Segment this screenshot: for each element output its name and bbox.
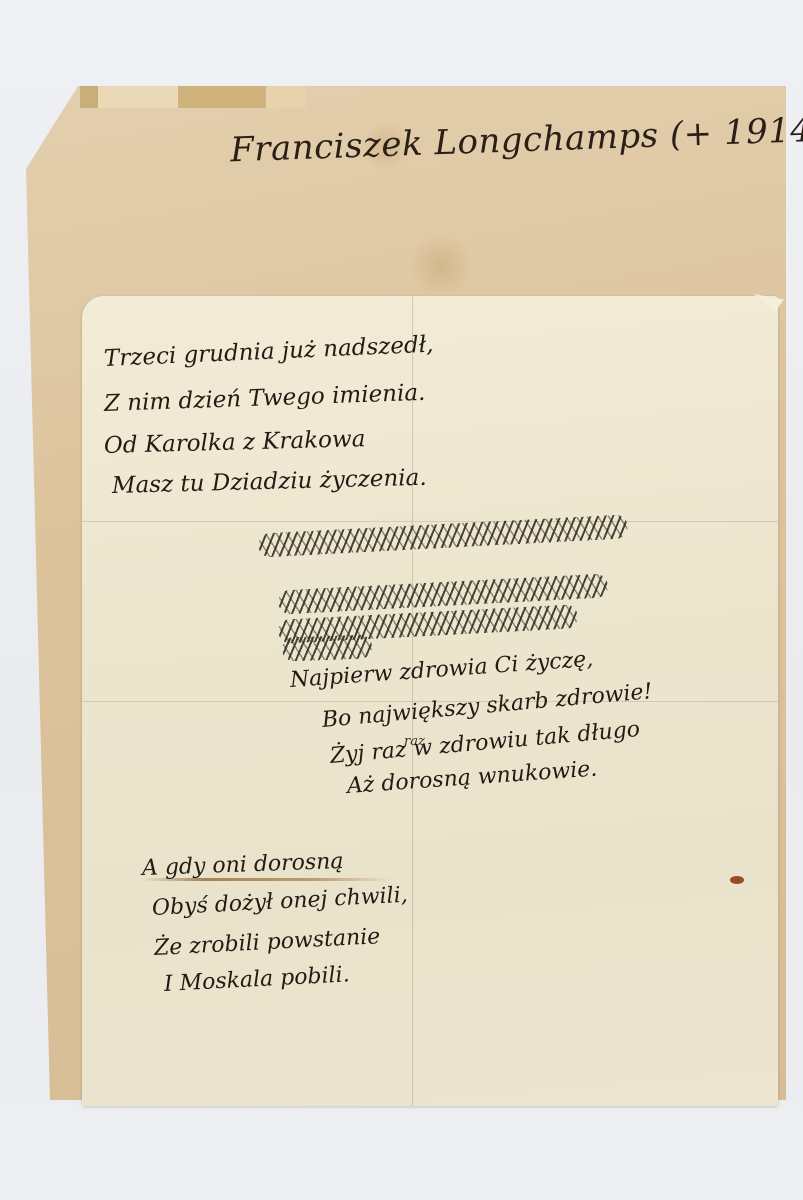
- poem-line: Że zrobili powstanie: [153, 924, 380, 961]
- poem-line: Masz tu Dziadziu życzenia.: [112, 465, 427, 499]
- poem-line: Trzeci grudnia już nadszedł,: [103, 332, 434, 372]
- tape-strip: [98, 86, 178, 108]
- document-photo: Franciszek Longchamps (+ 1914) Trzeci gr…: [0, 0, 803, 1200]
- rust-stain-spot: [730, 876, 744, 884]
- poem-line: Obyś dożył onej chwili,: [151, 883, 408, 921]
- tape-strip: [80, 86, 98, 108]
- poem-line: Z nim dzień Twego imienia.: [104, 380, 426, 417]
- fold-crease-horizontal: [82, 521, 778, 522]
- poem-line: I Moskala pobili.: [163, 962, 350, 997]
- paper-stain: [406, 236, 476, 296]
- front-sheet-letter: Trzeci grudnia już nadszedł, Z nim dzień…: [82, 296, 778, 1106]
- poem-line: Od Karolka z Krakowa: [104, 426, 366, 459]
- ink-scribble: [282, 634, 373, 661]
- tape-strip: [266, 86, 306, 108]
- poem-line: A gdy oni dorosną: [142, 849, 344, 881]
- tape-strip: [178, 86, 266, 108]
